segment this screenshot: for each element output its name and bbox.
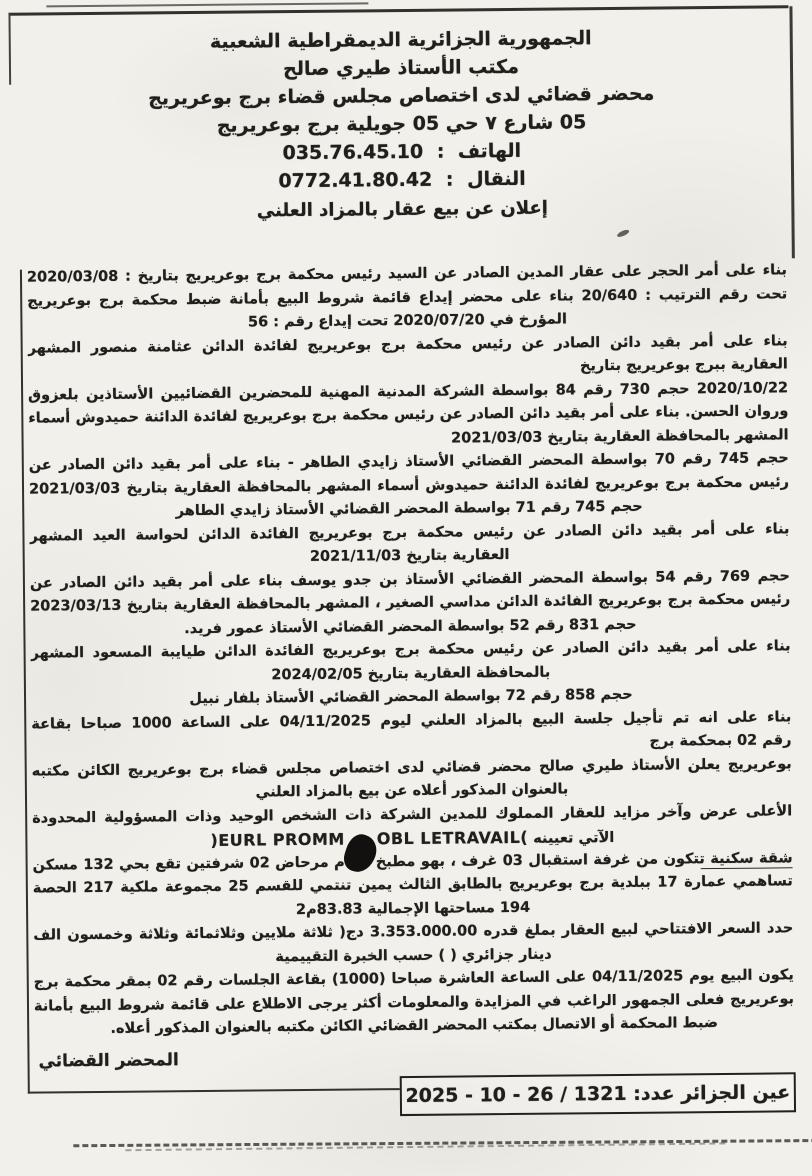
publication-stamp-text: عين الجزائر عدد: 1321 / 26 - 10 - 2025 [405, 1081, 790, 1107]
bailiff-signature-label: المحضر القضائي [38, 1050, 178, 1071]
announcement-title: إعلان عن بيع عقار بالمزاد العلني [0, 192, 808, 228]
body-lines: بناء على أمر الحجر على عقار المدين الصاد… [27, 259, 794, 1042]
publication-stamp-box: عين الجزائر عدد: 1321 / 26 - 10 - 2025 [400, 1072, 796, 1116]
document-body: بناء على أمر الحجر على عقار المدين الصاد… [27, 259, 794, 1042]
scan-top-border [8, 5, 788, 15]
scan-ink-speck [616, 228, 630, 238]
company-latin-prefix: )EURL PROMM [210, 830, 344, 850]
scan-top-line-thin [46, 2, 368, 7]
document-header: الجمهورية الجزائرية الديمقراطية الشعبية … [0, 22, 808, 228]
document-scan-content: الجمهورية الجزائرية الديمقراطية الشعبية … [0, 0, 812, 1176]
company-latin-suffix: OBL LETRAVAIL( [377, 828, 529, 848]
scanned-document-page: الجمهورية الجزائرية الديمقراطية الشعبية … [0, 0, 812, 1176]
scan-bottom-frame-line [28, 1088, 400, 1094]
company-intro-text: الآتي تعيينه [533, 830, 614, 847]
